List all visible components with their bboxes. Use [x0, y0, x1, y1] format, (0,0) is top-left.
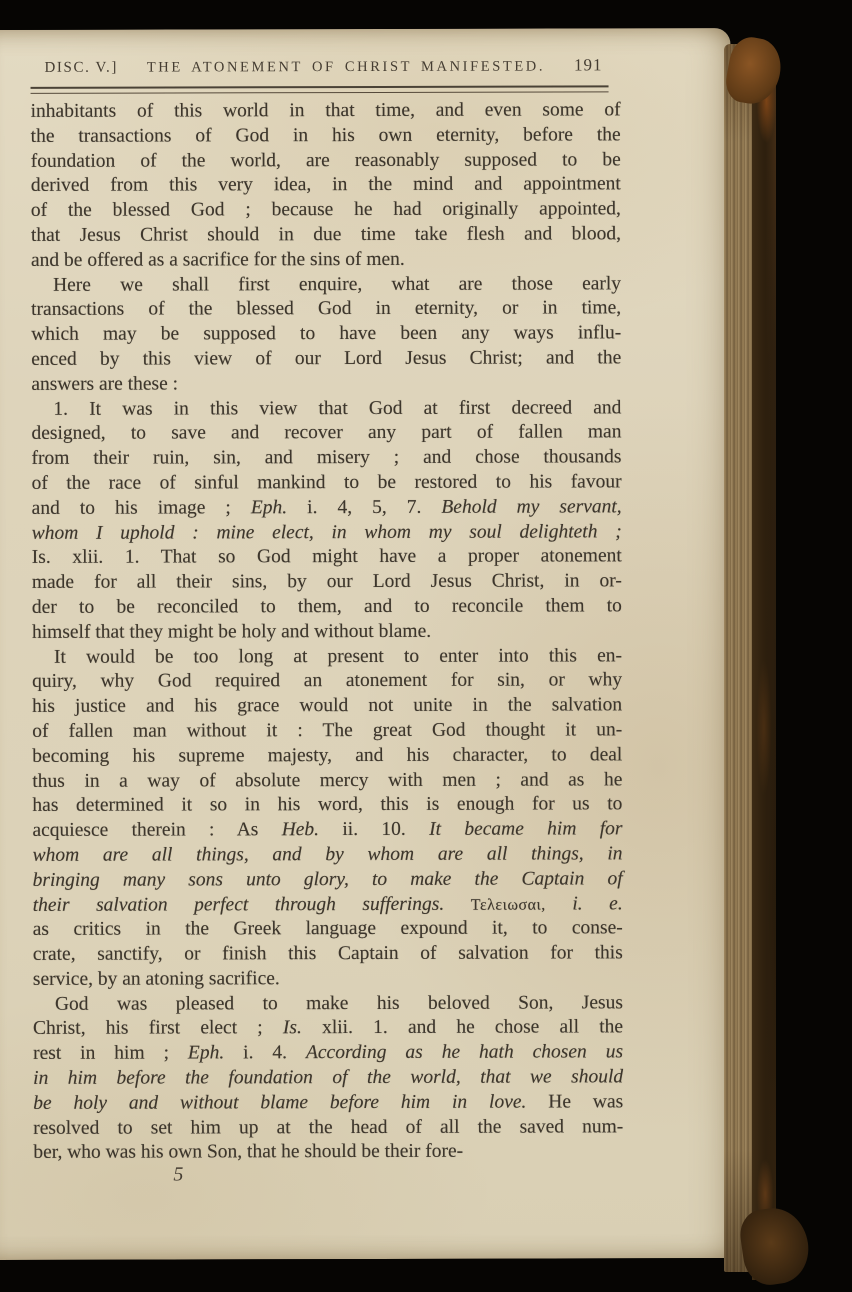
text-segment: der to be reconciled to them, and to rec…	[32, 595, 622, 618]
text-segment: crate, sanctify, or finish this Captain …	[33, 942, 623, 965]
text-segment: becoming his supreme majesty, and his ch…	[32, 744, 622, 767]
text-segment: i. 4.	[224, 1042, 306, 1063]
header-double-rule	[31, 85, 609, 94]
text-segment: from their ruin, sin, and misery ; and c…	[31, 446, 621, 469]
text-segment: made for all their sins, by our Lord Jes…	[32, 570, 622, 593]
text-line: has determined it so in his word, this i…	[32, 793, 622, 819]
text-line: ber, who was his own Son, that he should…	[33, 1140, 623, 1166]
text-line: as critics in the Greek language expound…	[33, 917, 623, 943]
text-line: 1. It was in this view that God at first…	[31, 396, 621, 422]
text-segment: which may be supposed to have been any w…	[31, 322, 621, 345]
signature-mark: 5	[173, 1163, 183, 1186]
text-segment: of the blessed God ; because he had orig…	[31, 199, 621, 222]
text-line: of the blessed God ; because he had orig…	[31, 198, 621, 224]
italic-text-segment: According as he hath chosen us	[306, 1042, 623, 1064]
text-segment: foundation of the world, are reasonably …	[31, 149, 621, 172]
text-line: made for all their sins, by our Lord Jes…	[32, 569, 622, 595]
italic-text-segment: bringing many sons unto glory, to make t…	[33, 868, 623, 891]
text-segment: and to his image ;	[32, 497, 251, 519]
text-line: It would be too long at present to enter…	[32, 644, 622, 670]
italic-text-segment: their salvation perfect through sufferin…	[33, 893, 445, 915]
text-segment: thus in a way of absolute mercy with men…	[32, 769, 622, 792]
text-segment: and be offered as a sacrifice for the si…	[31, 249, 405, 271]
text-segment: God was pleased to make his beloved Son,…	[55, 992, 623, 1014]
text-segment: i. 4, 5, 7.	[287, 497, 441, 518]
page-number: 191	[574, 55, 603, 75]
italic-text-segment: Is.	[283, 1018, 302, 1039]
text-segment: Christ, his first elect ;	[33, 1018, 283, 1040]
text-line: transactions of the blessed God in etern…	[31, 297, 621, 323]
book-page: DISC. V.] THE ATONEMENT OF CHRIST MANIFE…	[0, 28, 734, 1260]
text-line: resolved to set him up at the head of al…	[33, 1115, 623, 1141]
text-line: rest in him ; Eph. i. 4. According as he…	[33, 1041, 623, 1067]
text-line: foundation of the world, are reasonably …	[31, 148, 621, 174]
text-line: designed, to save and recover any part o…	[31, 421, 621, 447]
text-line: in him before the foundation of the worl…	[33, 1065, 623, 1091]
text-line: acquiesce therein : As Heb. ii. 10. It b…	[32, 817, 622, 843]
text-line: their salvation perfect through sufferin…	[33, 892, 623, 918]
text-segment: has determined it so in his word, this i…	[32, 794, 622, 817]
text-segment: himself that they might be holy and with…	[32, 621, 431, 643]
paragraph: 1. It was in this view that God at first…	[31, 396, 622, 646]
book-fore-edge-pages	[724, 44, 754, 1272]
text-segment: 1. It was in this view that God at first…	[53, 397, 621, 419]
text-line: crate, sanctify, or finish this Captain …	[33, 941, 623, 967]
text-segment: designed, to save and recover any part o…	[31, 422, 621, 445]
text-line: Christ, his first elect ; Is. xlii. 1. a…	[33, 1016, 623, 1042]
text-line: Is. xlii. 1. That so God might have a pr…	[32, 545, 622, 571]
text-segment: ii. 10.	[319, 819, 429, 840]
text-line: his justice and his grace would not unit…	[32, 693, 622, 719]
text-line: answers are these :	[31, 371, 621, 397]
binding-corner-bottom	[737, 1204, 813, 1288]
italic-text-segment: It became him for	[429, 818, 622, 840]
text-line: of the race of sinful mankind to be rest…	[32, 470, 622, 496]
book-binding-edge	[752, 52, 776, 1280]
text-line: enced by this view of our Lord Jesus Chr…	[31, 346, 621, 372]
text-segment: that Jesus Christ should in due time tak…	[31, 223, 621, 246]
text-line: service, by an atoning sacrifice.	[33, 966, 623, 992]
text-line: der to be reconciled to them, and to rec…	[32, 594, 622, 620]
text-line: God was pleased to make his beloved Son,…	[33, 991, 623, 1017]
italic-text-segment: whom I uphold : mine elect, in whom my s…	[32, 521, 622, 544]
italic-text-segment: Heb.	[282, 819, 319, 840]
text-segment: quiry, why God required an atonement for…	[32, 670, 622, 693]
text-line: himself that they might be holy and with…	[32, 619, 622, 645]
paragraph: God was pleased to make his beloved Son,…	[33, 991, 623, 1166]
text-segment: derived from this very idea, in the mind…	[31, 174, 621, 197]
text-line: be holy and without blame before him in …	[33, 1090, 623, 1116]
text-line: the transactions of God in his own etern…	[31, 123, 621, 149]
page-header: DISC. V.] THE ATONEMENT OF CHRIST MANIFE…	[44, 55, 602, 76]
text-segment: transactions of the blessed God in etern…	[31, 298, 621, 321]
text-line: becoming his supreme majesty, and his ch…	[32, 743, 622, 769]
text-segment: Is. xlii. 1. That so God might have a pr…	[32, 546, 622, 569]
text-line: bringing many sons unto glory, to make t…	[33, 867, 623, 893]
text-segment: answers are these :	[31, 373, 178, 394]
italic-text-segment: Eph.	[251, 497, 287, 518]
greek-term: Τελειωσαι,	[471, 896, 546, 913]
text-segment: ber, who was his own Son, that he should…	[33, 1141, 463, 1163]
text-segment	[546, 893, 573, 914]
text-segment: his justice and his grace would not unit…	[32, 694, 622, 717]
text-segment: of the race of sinful mankind to be rest…	[32, 471, 622, 494]
header-discourse-label: DISC. V.]	[44, 60, 117, 77]
text-segment: acquiesce therein : As	[32, 819, 281, 841]
text-line: Here we shall first enquire, what are th…	[31, 272, 621, 298]
paragraph: It would be too long at present to enter…	[32, 644, 623, 993]
paragraph: Here we shall first enquire, what are th…	[31, 272, 621, 398]
text-segment: Here we shall first enquire, what are th…	[53, 273, 621, 295]
text-line: of fallen man without it : The great God…	[32, 718, 622, 744]
paragraph: inhabitants of this world in that time, …	[31, 98, 621, 273]
text-segment: resolved to set him up at the head of al…	[33, 1116, 623, 1139]
text-segment: rest in him ;	[33, 1043, 188, 1064]
text-line: and be offered as a sacrifice for the si…	[31, 247, 621, 273]
text-segment: the transactions of God in his own etern…	[31, 124, 621, 147]
text-line: quiry, why God required an atonement for…	[32, 669, 622, 695]
italic-text-segment: whom are all things, and by whom are all…	[33, 843, 623, 866]
text-segment: xlii. 1. and he chose all the	[302, 1017, 623, 1039]
text-line: that Jesus Christ should in due time tak…	[31, 222, 621, 248]
text-line: and to his image ; Eph. i. 4, 5, 7. Beho…	[32, 495, 622, 521]
text-segment: inhabitants of this world in that time, …	[31, 99, 621, 122]
text-line: inhabitants of this world in that time, …	[31, 98, 621, 124]
header-running-title: THE ATONEMENT OF CHRIST MANIFESTED.	[147, 59, 545, 77]
italic-text-segment: Eph.	[188, 1043, 224, 1064]
italic-text-segment: in him before the foundation of the worl…	[33, 1066, 623, 1089]
text-segment: It would be too long at present to enter…	[54, 645, 622, 667]
text-segment: He was	[526, 1091, 623, 1112]
text-line: which may be supposed to have been any w…	[31, 321, 621, 347]
italic-text-segment: be holy and without blame before him in …	[33, 1091, 526, 1113]
italic-text-segment: Behold my servant,	[441, 496, 621, 517]
text-line: from their ruin, sin, and misery ; and c…	[31, 445, 621, 471]
text-segment: as critics in the Greek language expound…	[33, 918, 623, 941]
text-line: derived from this very idea, in the mind…	[31, 173, 621, 199]
text-segment	[444, 893, 471, 914]
italic-text-segment: i. e.	[572, 893, 622, 914]
text-segment: enced by this view of our Lord Jesus Chr…	[31, 347, 621, 370]
text-segment: of fallen man without it : The great God…	[32, 719, 622, 742]
text-segment: service, by an atoning sacrifice.	[33, 968, 280, 990]
text-line: whom are all things, and by whom are all…	[33, 842, 623, 868]
text-line: whom I uphold : mine elect, in whom my s…	[32, 520, 622, 546]
text-line: thus in a way of absolute mercy with men…	[32, 768, 622, 794]
page-body: inhabitants of this world in that time, …	[31, 98, 624, 1166]
